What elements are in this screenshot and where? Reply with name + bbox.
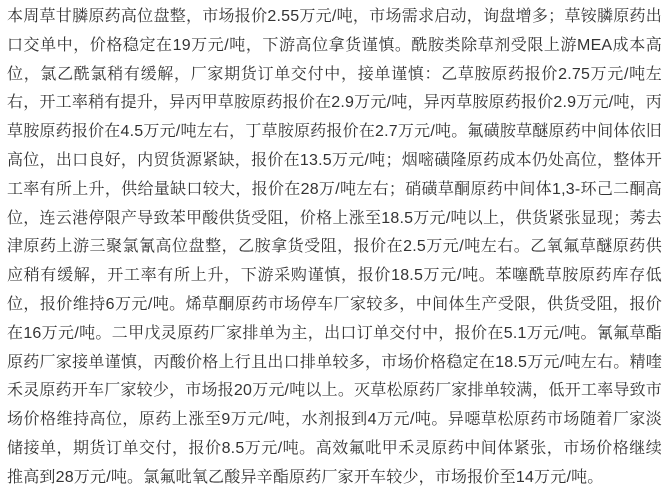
- herbicide-market-report-page: 本周草甘膦原药高位盘整，市场报价2.55万元/吨，市场需求启动，询盘增多；草铵膦…: [0, 0, 668, 493]
- report-paragraph: 本周草甘膦原药高位盘整，市场报价2.55万元/吨，市场需求启动，询盘增多；草铵膦…: [0, 0, 668, 493]
